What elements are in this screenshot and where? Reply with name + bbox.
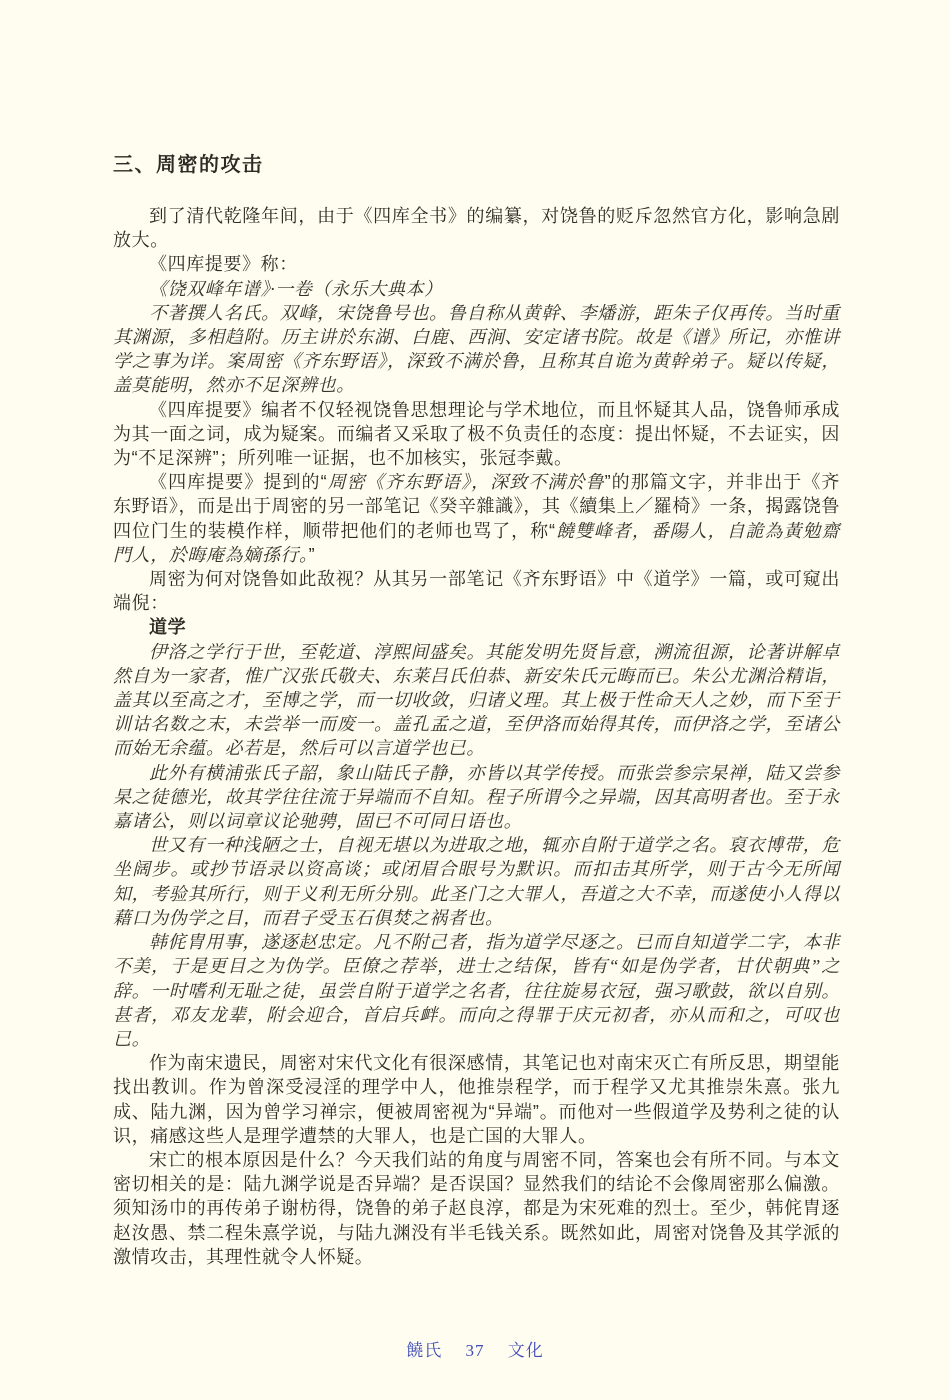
section-title: 三、周密的攻击 [113, 152, 840, 178]
paragraph-quote: 伊洛之学行于世，至乾道、淳熙间盛矣。其能发明先贤旨意，溯流徂源，论著讲解卓然自为… [113, 640, 840, 761]
book-page: 三、周密的攻击 到了清代乾隆年间，由于《四库全书》的编纂，对饶鲁的贬斥忽然官方化… [0, 0, 950, 1400]
text-run-body: ” [309, 545, 316, 565]
page-footer: 饒氏 37 文化 [0, 1336, 950, 1361]
paragraph-quote: 韩侂胄用事，遂逐赵忠定。凡不附己者，指为道学尽逐之。已而自知道学二字，本非不美，… [113, 930, 840, 1051]
document-body: 到了清代乾隆年间，由于《四库全书》的编纂，对饶鲁的贬斥忽然官方化，影响急剧放大。… [113, 204, 840, 1269]
footer-page-number: 37 [466, 1341, 485, 1361]
text-run-body: 《四库提要》提到的“ [149, 472, 327, 492]
paragraph-body: 到了清代乾隆年间，由于《四库全书》的编纂，对饶鲁的贬斥忽然官方化，影响急剧放大。 [113, 204, 840, 252]
paragraph-body: 《四库提要》称： [113, 252, 840, 276]
paragraph-quote: 此外有横浦张氏子韶，象山陆氏子静，亦皆以其学传授。而张尝参宗杲禅，陆又尝参杲之徒… [113, 761, 840, 834]
footer-clan-label: 饒氏 [406, 1336, 442, 1361]
paragraph-body: 宋亡的根本原因是什么？今天我们站的角度与周密不同，答案也会有所不同。与本文密切相… [113, 1148, 840, 1269]
footer-section-label: 文化 [508, 1336, 544, 1361]
paragraph-body: 《四库提要》提到的“周密《齐东野语》，深致不满於鲁”的那篇文字，并非出于《齐东野… [113, 470, 840, 567]
text-run-kai: 周密《齐东野语》，深致不满於鲁 [327, 472, 604, 492]
paragraph-body: 作为南宋遗民，周密对宋代文化有很深感情，其笔记也对南宋灭亡有所反思，期望能找出教… [113, 1051, 840, 1148]
paragraph-body: 周密为何对饶鲁如此敌视？从其另一部笔记《齐东野语》中《道学》一篇，或可窥出端倪： [113, 567, 840, 615]
document-content: 三、周密的攻击 到了清代乾隆年间，由于《四库全书》的编纂，对饶鲁的贬斥忽然官方化… [113, 152, 840, 1269]
paragraph-quote: 世又有一种浅陋之士，自视无堪以为进取之地，辄亦自附于道学之名。裒衣博带，危坐阔步… [113, 833, 840, 930]
paragraph-quote: 不著撰人名氏。双峰，宋饶鲁号也。鲁自称从黄幹、李燔游，距朱子仅再传。当时重其渊源… [113, 301, 840, 398]
paragraph-body: 《四库提要》编者不仅轻视饶鲁思想理论与学术地位，而且怀疑其人品，饶鲁师承成为其一… [113, 398, 840, 471]
paragraph-subhead: 道学 [113, 615, 840, 639]
paragraph-quote: 《饶双峰年谱》·一卷（永乐大典本） [113, 277, 840, 301]
